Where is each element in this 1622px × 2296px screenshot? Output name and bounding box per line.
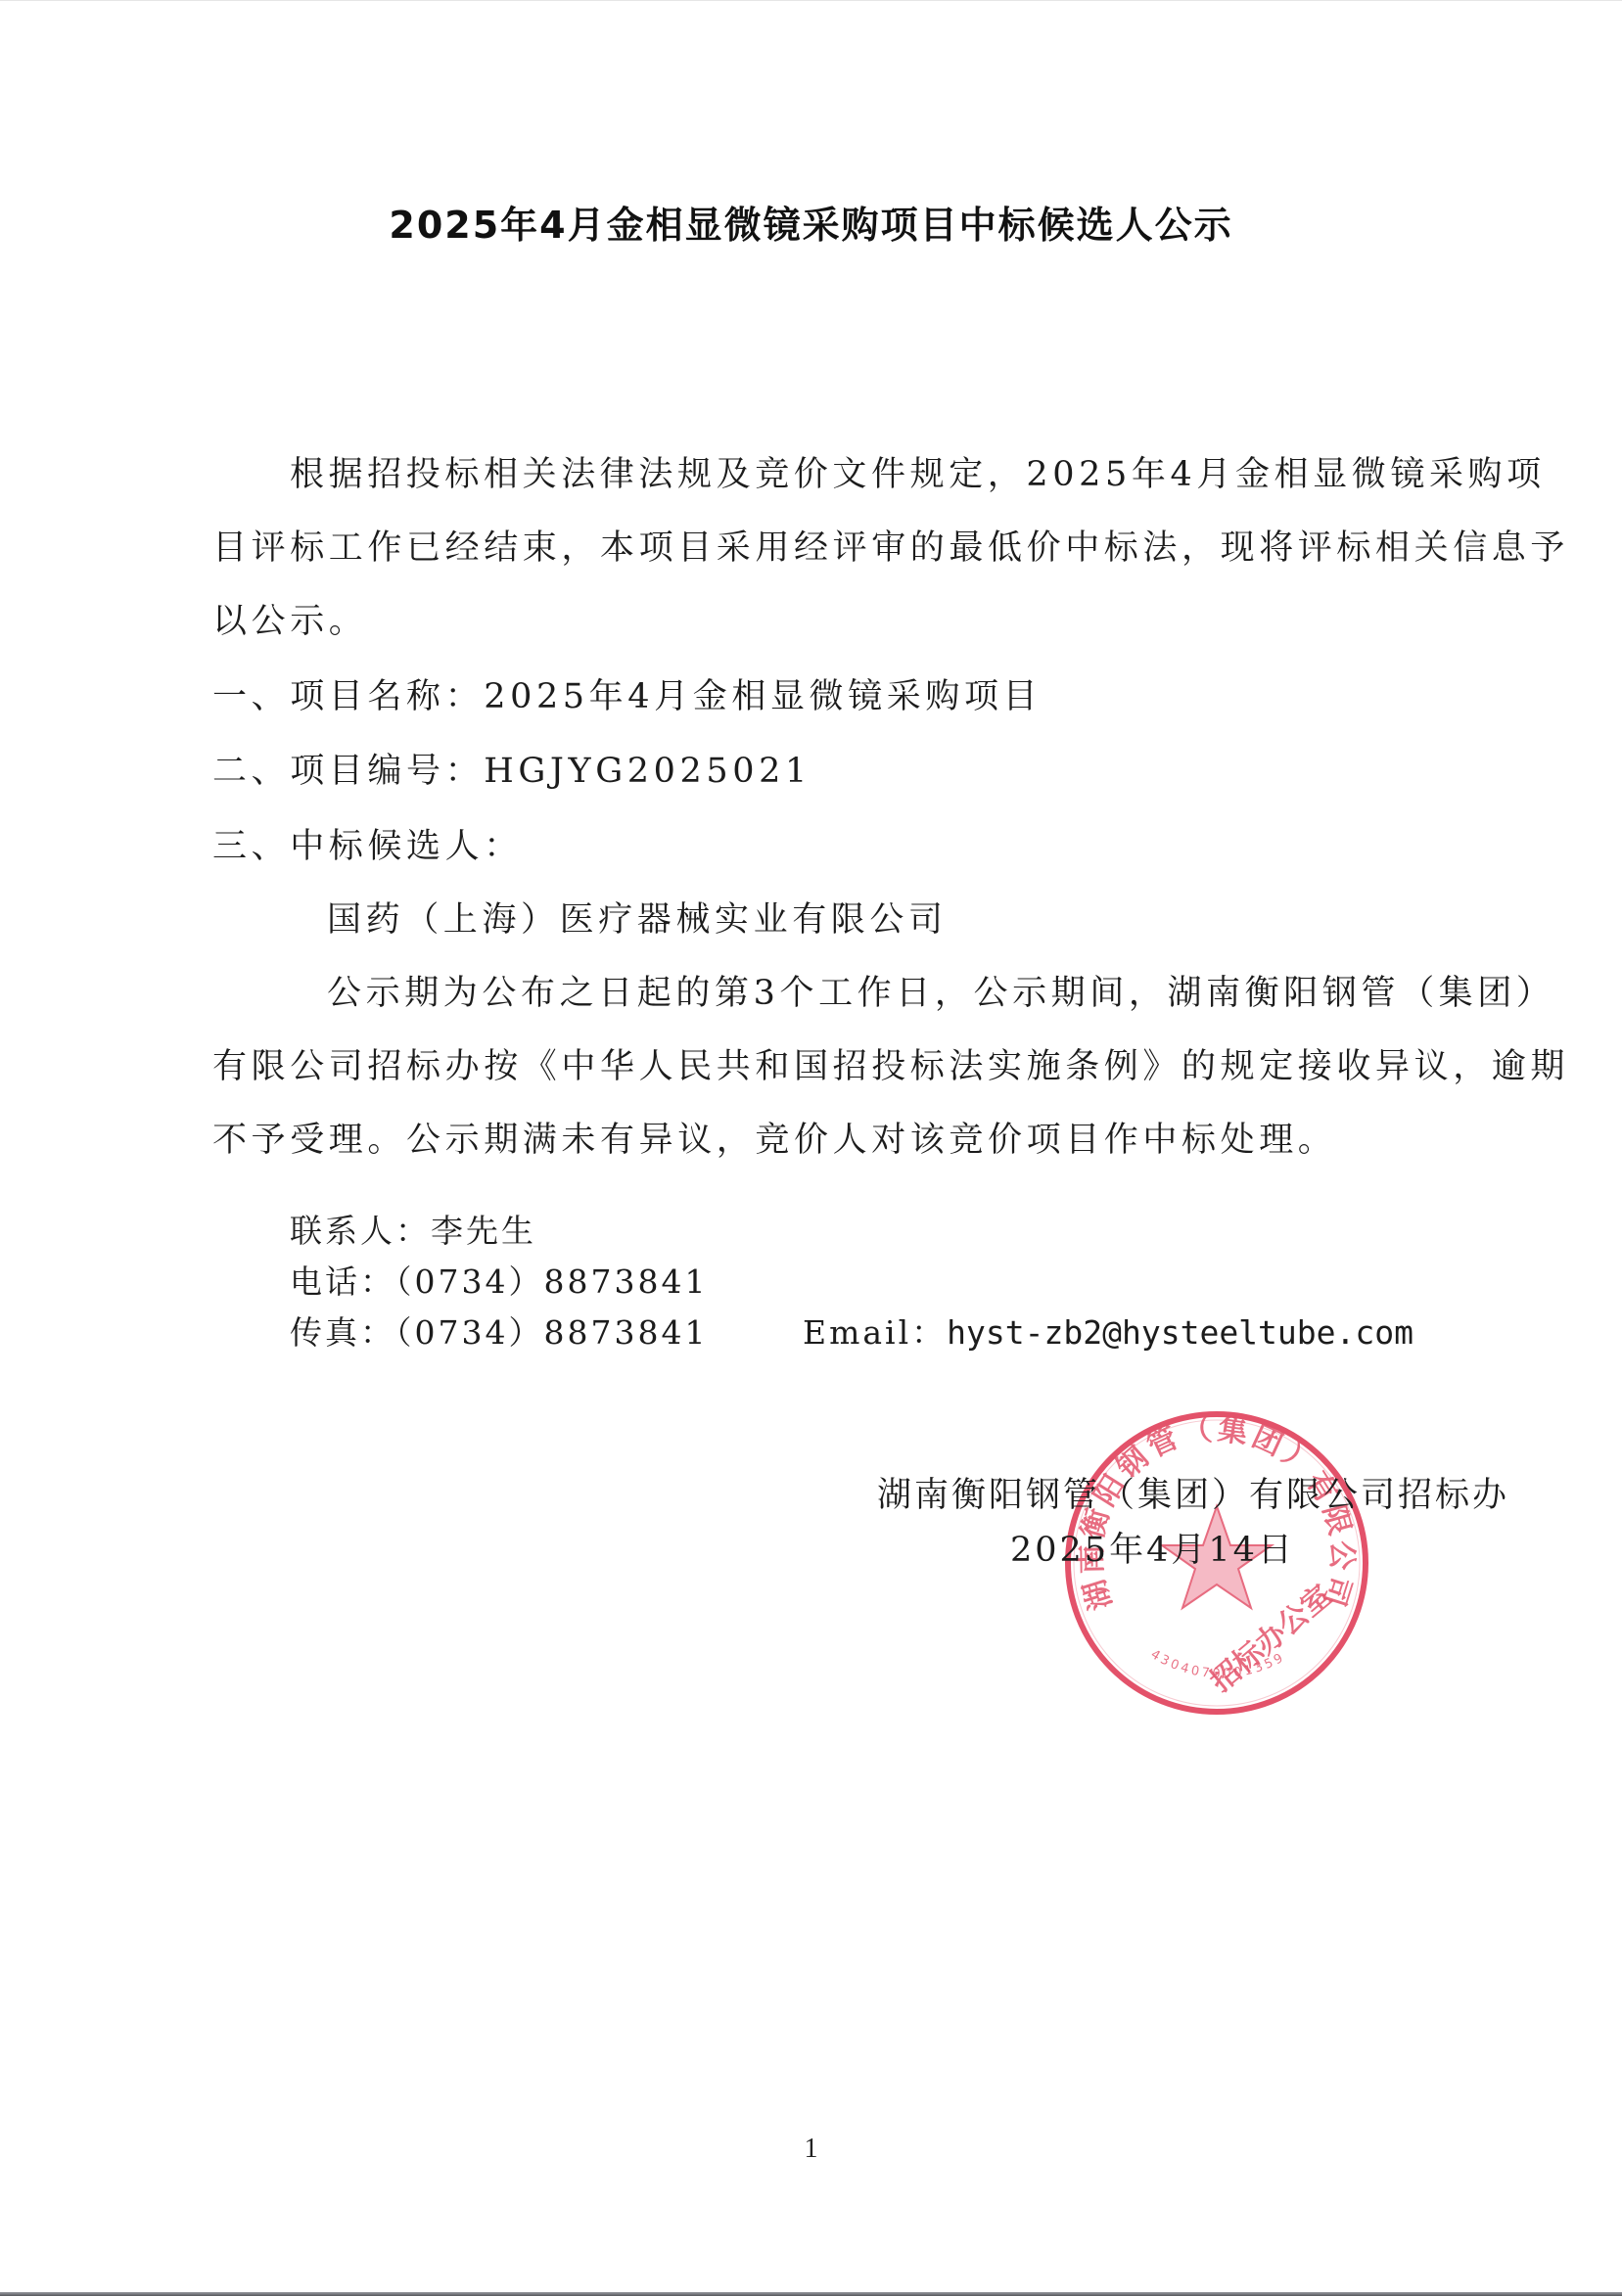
- contact-person-label: 联系人：: [290, 1212, 431, 1250]
- page-number: 1: [0, 2134, 1622, 2165]
- item-project-number: 二、项目编号：HGJYG2025021: [212, 750, 811, 793]
- svg-text:4304070001359: 4304070001359: [1148, 1647, 1288, 1681]
- intro-line-3: 以公示。: [212, 600, 367, 643]
- notice-line-1: 公示期为公布之日起的第3个工作日，公示期间，湖南衡阳钢管（集团）: [327, 972, 1554, 1015]
- item-label: 三、中标候选人：: [212, 827, 523, 866]
- contact-phone: 电话：（0734）8873841: [290, 1261, 708, 1304]
- intro-line-2: 目评标工作已经结束，本项目采用经评审的最低价中标法，现将评标相关信息予: [212, 527, 1569, 570]
- contact-email: Email：hyst-zb2@hysteeltube.com: [803, 1311, 1413, 1355]
- intro-line-1: 根据招投标相关法律法规及竞价文件规定，2025年4月金相显微镜采购项: [290, 453, 1546, 496]
- notice-line-3: 不予受理。公示期满未有异议，竞价人对该竞价项目作中标处理。: [212, 1119, 1336, 1162]
- signature-date: 2025年4月14日: [1010, 1529, 1295, 1572]
- signature-organization: 湖南衡阳钢管（集团）有限公司招标办: [877, 1474, 1509, 1517]
- candidate-name: 国药（上海）医疗器械实业有限公司: [327, 898, 948, 941]
- contact-email-label: Email：: [803, 1313, 947, 1352]
- contact-fax-value: （0734）8873841: [395, 1313, 708, 1352]
- item-value: 2025年4月金相显微镜采购项目: [484, 677, 1042, 716]
- scan-edge-bottom: [0, 2292, 1622, 2296]
- item-candidate-heading: 三、中标候选人：: [212, 825, 523, 868]
- scan-edge-top: [0, 0, 1622, 1]
- contact-person-value: 李先生: [431, 1212, 536, 1250]
- item-project-name: 一、项目名称：2025年4月金相显微镜采购项目: [212, 675, 1042, 718]
- notice-line-2: 有限公司招标办按《中华人民共和国招投标法实施条例》的规定接收异议，逾期: [212, 1045, 1569, 1088]
- contact-person: 联系人：李先生: [290, 1210, 536, 1253]
- contact-fax-label: 传真：: [290, 1313, 395, 1352]
- item-label: 一、项目名称：: [212, 677, 484, 716]
- contact-phone-label: 电话：: [290, 1263, 395, 1301]
- seal-serial: 4304070001359: [1148, 1647, 1288, 1681]
- document-page: 2025年4月金相显微镜采购项目中标候选人公示 根据招投标相关法律法规及竞价文件…: [0, 0, 1622, 2296]
- contact-fax: 传真：（0734）8873841: [290, 1311, 708, 1355]
- document-title: 2025年4月金相显微镜采购项目中标候选人公示: [0, 201, 1622, 250]
- item-value: HGJYG2025021: [484, 752, 811, 791]
- seal-inner-text: 招标办公室: [1204, 1579, 1338, 1699]
- contact-phone-value: （0734）8873841: [395, 1263, 708, 1301]
- contact-email-link[interactable]: hyst-zb2@hysteeltube.com: [947, 1313, 1413, 1352]
- item-label: 二、项目编号：: [212, 752, 484, 791]
